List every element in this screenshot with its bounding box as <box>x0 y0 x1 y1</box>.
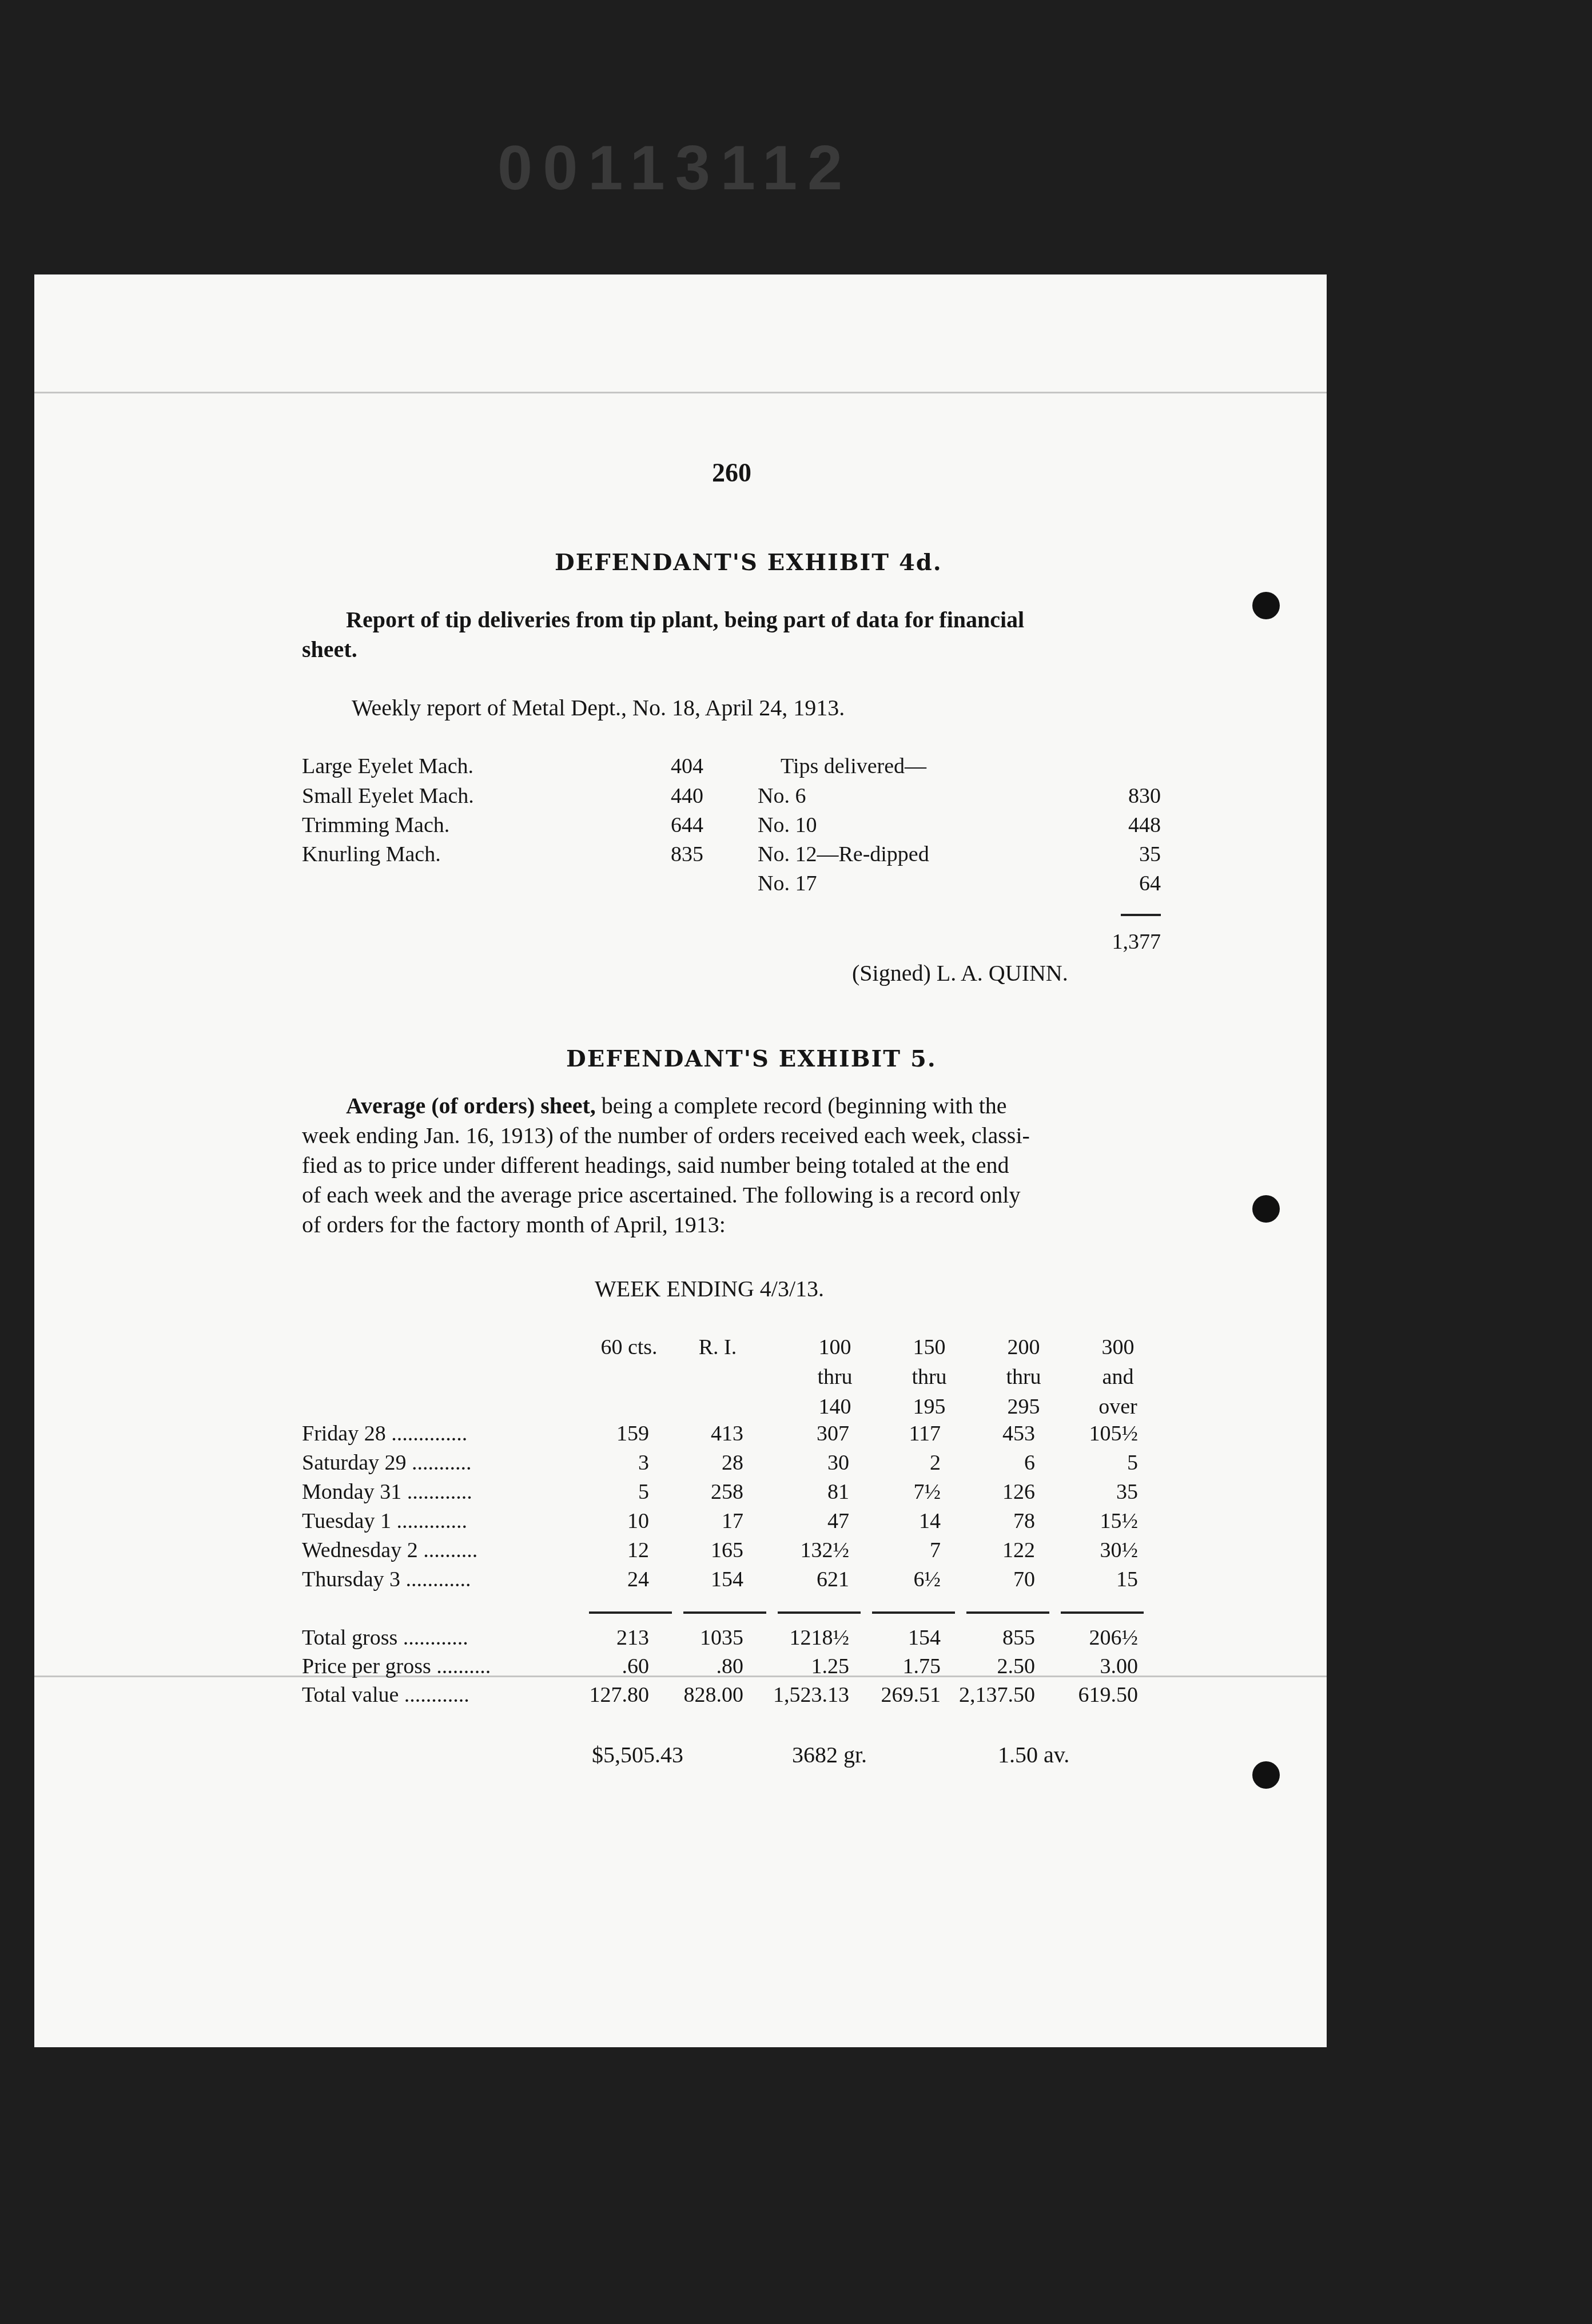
table-cell: 17 <box>629 1509 743 1534</box>
row-label: Saturday 29 ........... <box>302 1450 472 1475</box>
row-label: Monday 31 ............ <box>302 1479 472 1505</box>
punch-hole <box>1252 1195 1280 1223</box>
row-label: Thursday 3 ............ <box>302 1567 471 1592</box>
column-rule <box>872 1611 955 1614</box>
table-cell: 15 <box>1024 1567 1138 1592</box>
table-cell: 258 <box>629 1479 743 1505</box>
machine-name: Trimming Mach. <box>302 813 449 838</box>
machine-name: Large Eyelet Mach. <box>302 754 473 779</box>
column-header: 200thru295 <box>972 1332 1075 1422</box>
sum-rule <box>1121 914 1161 916</box>
machine-value: 440 <box>629 783 703 809</box>
table-cell: 126 <box>921 1479 1035 1505</box>
table-cell: 206½ <box>1024 1625 1138 1650</box>
summary-total-gross: 3682 gr. <box>792 1741 867 1768</box>
weekly-report-line: Weekly report of Metal Dept., No. 18, Ap… <box>352 693 845 723</box>
table-cell: 3.00 <box>1024 1654 1138 1679</box>
paragraph-text: being a complete record (beginning with … <box>596 1093 1007 1119</box>
machine-name: Small Eyelet Mach. <box>302 783 474 809</box>
exhibit-4d-description-cont: sheet. <box>302 635 357 664</box>
exhibit-5-paragraph-line: fied as to price under different heading… <box>302 1151 1009 1180</box>
punch-hole <box>1252 592 1280 619</box>
column-header: 60 cts. <box>578 1332 680 1362</box>
signature: (Signed) L. A. QUINN. <box>852 958 1068 988</box>
tip-name: No. 10 <box>758 813 817 838</box>
table-cell: 855 <box>921 1625 1035 1650</box>
exhibit-5-paragraph-line: Average (of orders) sheet, being a compl… <box>346 1091 1007 1121</box>
table-cell: 5 <box>1024 1450 1138 1475</box>
column-header: R. I. <box>666 1332 769 1362</box>
summary-total-value: $5,505.43 <box>592 1741 683 1768</box>
column-rule <box>683 1611 766 1614</box>
punch-hole <box>1252 1761 1280 1789</box>
table-cell: 15½ <box>1024 1509 1138 1534</box>
exhibit-5-bold-lead: Average (of orders) sheet, <box>346 1093 596 1119</box>
table-cell: 1035 <box>629 1625 743 1650</box>
tip-value: 448 <box>1075 813 1161 838</box>
table-cell: 30½ <box>1024 1538 1138 1563</box>
tip-name: No. 12—Re-dipped <box>758 842 929 867</box>
column-rule <box>966 1611 1049 1614</box>
column-header: 300andover <box>1066 1332 1169 1422</box>
exhibit-5-paragraph-line: of orders for the factory month of April… <box>302 1210 726 1240</box>
table-cell: .80 <box>629 1654 743 1679</box>
table-cell: 828.00 <box>629 1682 743 1708</box>
table-cell: 122 <box>921 1538 1035 1563</box>
row-label: Wednesday 2 .......... <box>302 1538 477 1563</box>
film-mark: 00113112 <box>498 132 853 204</box>
table-cell: 2,137.50 <box>921 1682 1035 1708</box>
table-cell: 413 <box>629 1421 743 1446</box>
exhibit-4d-description: Report of tip deliveries from tip plant,… <box>346 605 1024 635</box>
column-rule <box>1061 1611 1144 1614</box>
tips-total: 1,377 <box>1075 929 1161 954</box>
exhibit-5-paragraph-line: week ending Jan. 16, 1913) of the number… <box>302 1121 1030 1151</box>
machine-name: Knurling Mach. <box>302 842 441 867</box>
exhibit-5-title: DEFENDANT'S EXHIBIT 5. <box>566 1045 937 1072</box>
column-rule <box>778 1611 861 1614</box>
tip-value: 830 <box>1075 783 1161 809</box>
table-cell: 6 <box>921 1450 1035 1475</box>
tip-value: 64 <box>1075 871 1161 896</box>
week-ending-heading: WEEK ENDING 4/3/13. <box>595 1274 824 1304</box>
column-header: 150thru195 <box>878 1332 981 1422</box>
table-cell: 105½ <box>1024 1421 1138 1446</box>
table-cell: 2.50 <box>921 1654 1035 1679</box>
table-cell: 154 <box>629 1567 743 1592</box>
page-number: 260 <box>712 457 751 488</box>
table-cell: 35 <box>1024 1479 1138 1505</box>
row-label: Total value ............ <box>302 1682 469 1708</box>
table-cell: 619.50 <box>1024 1682 1138 1708</box>
table-cell: 453 <box>921 1421 1035 1446</box>
tip-name: No. 6 <box>758 783 806 809</box>
exhibit-5-paragraph-line: of each week and the average price ascer… <box>302 1180 1020 1210</box>
row-label: Friday 28 .............. <box>302 1421 467 1446</box>
tip-name: No. 17 <box>758 871 817 896</box>
summary-average: 1.50 av. <box>998 1741 1069 1768</box>
row-label: Tuesday 1 ............. <box>302 1509 467 1534</box>
column-rule <box>589 1611 672 1614</box>
row-label: Total gross ............ <box>302 1625 468 1650</box>
table-cell: 70 <box>921 1567 1035 1592</box>
table-cell: 78 <box>921 1509 1035 1534</box>
tip-value: 35 <box>1075 842 1161 867</box>
table-cell: 165 <box>629 1538 743 1563</box>
row-label: Price per gross .......... <box>302 1654 491 1679</box>
machine-value: 835 <box>629 842 703 867</box>
scan-artifact-line <box>34 392 1327 393</box>
tips-heading: Tips delivered— <box>781 754 926 779</box>
column-header: 100thru140 <box>783 1332 886 1422</box>
exhibit-4d-title: DEFENDANT'S EXHIBIT 4d. <box>555 549 942 576</box>
machine-value: 404 <box>629 754 703 779</box>
table-cell: 28 <box>629 1450 743 1475</box>
machine-value: 644 <box>629 813 703 838</box>
